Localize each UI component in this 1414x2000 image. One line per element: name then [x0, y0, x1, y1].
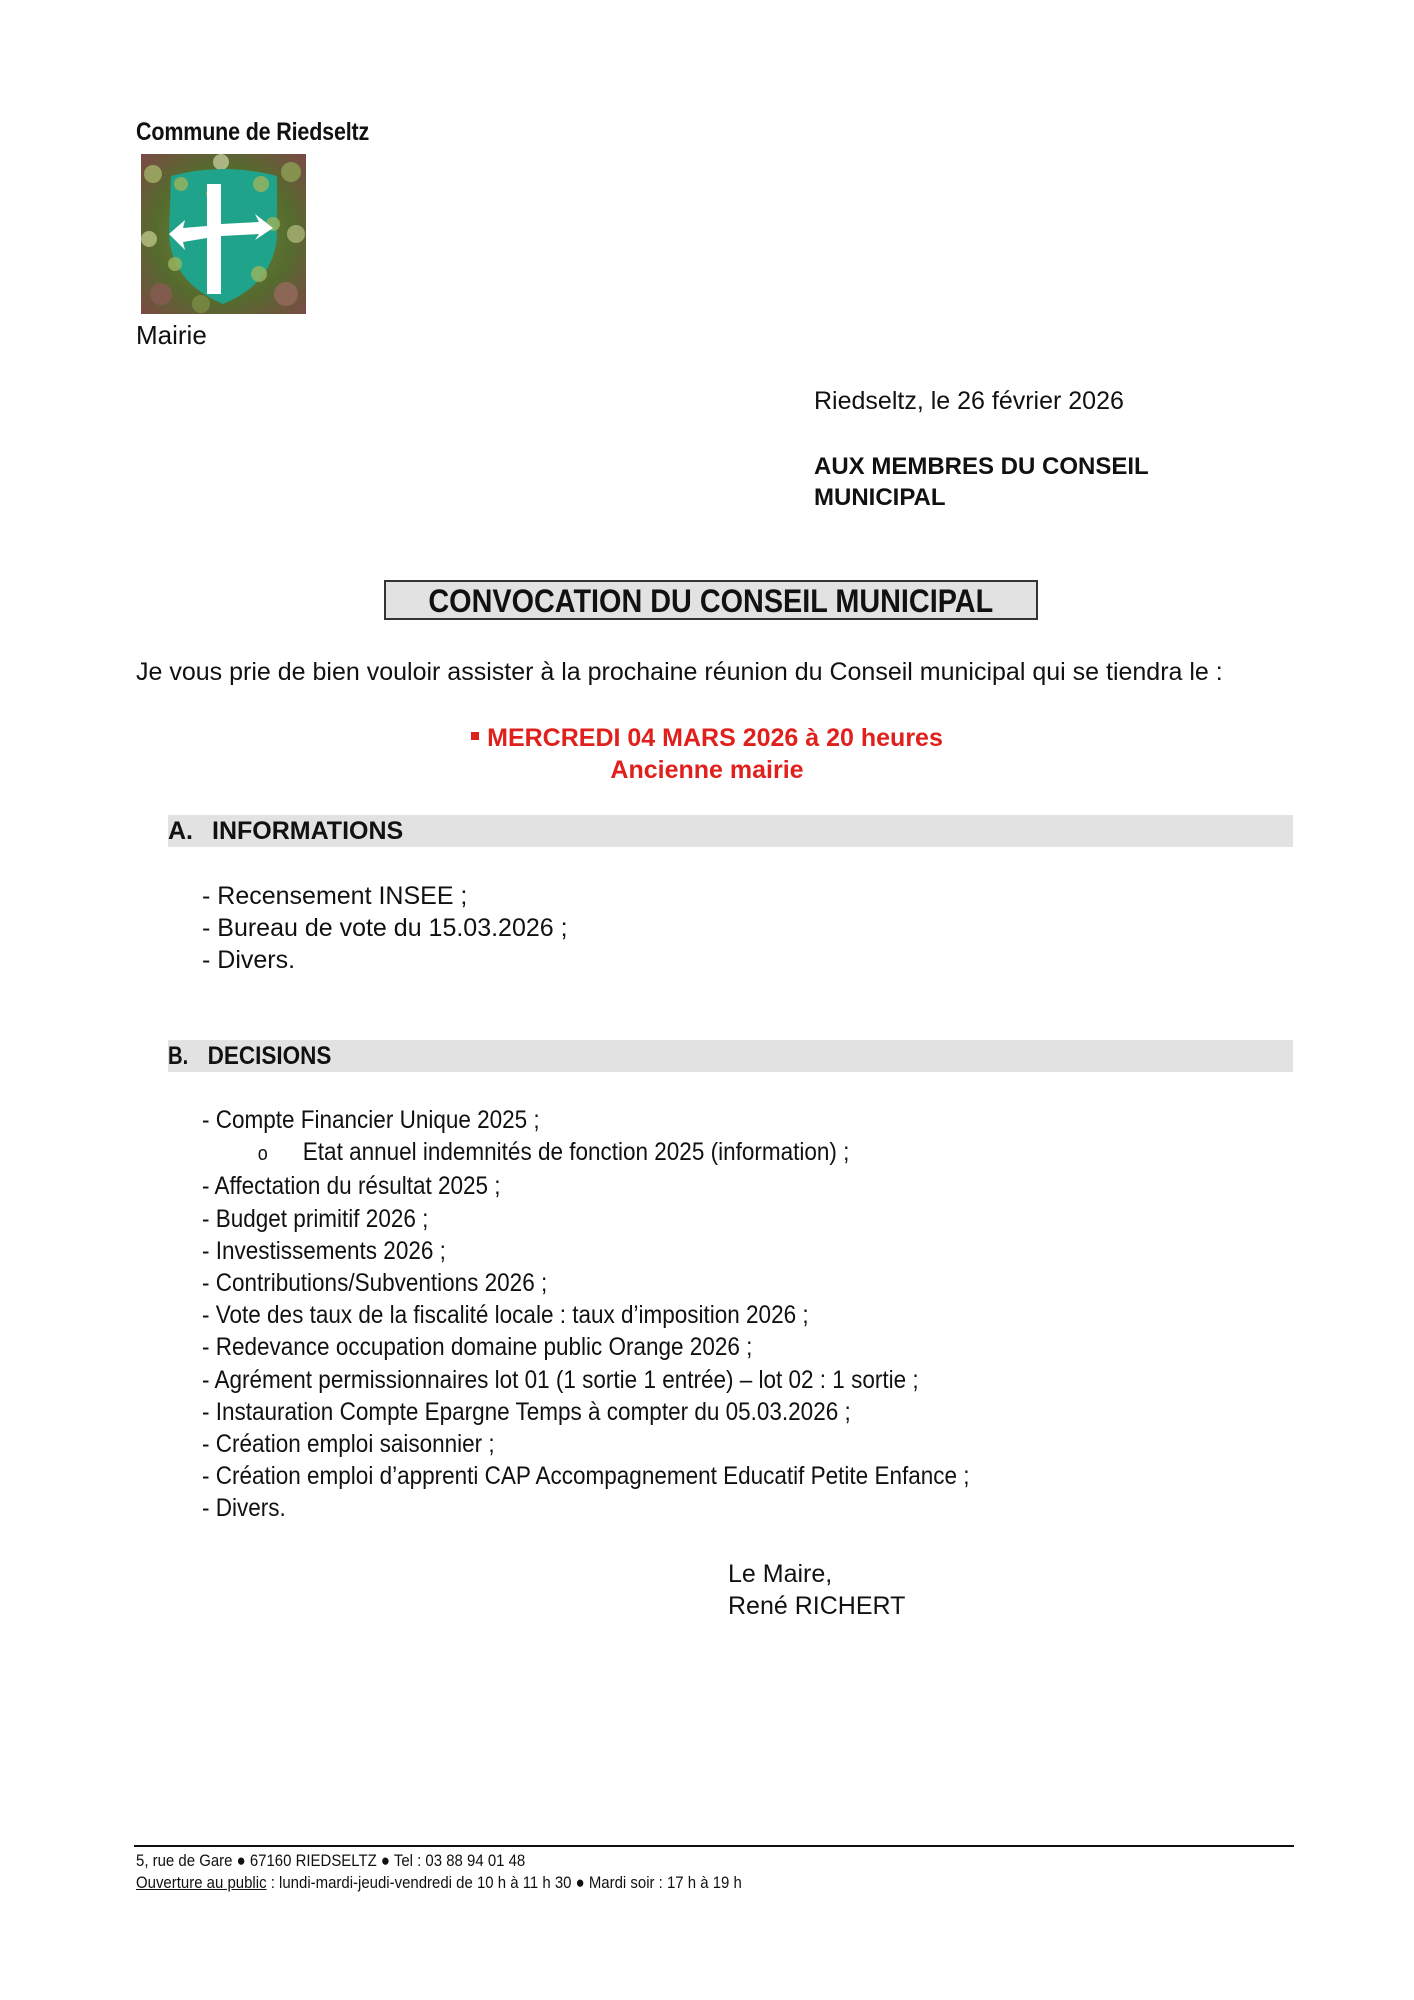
section-heading-decisions: B.DECISIONS: [168, 1040, 1293, 1072]
section-title: DECISIONS: [208, 1042, 332, 1070]
list-item: - Création emploi d’apprenti CAP Accompa…: [202, 1460, 970, 1492]
section-title: INFORMATIONS: [212, 817, 403, 845]
footer-hours-text: : lundi-mardi-jeudi-vendredi de 10 h à 1…: [267, 1873, 742, 1892]
meeting-place: Ancienne mairie: [0, 754, 1414, 786]
list-item: - Contributions/Subventions 2026 ;: [202, 1267, 970, 1299]
informations-list: - Recensement INSEE ; - Bureau de vote d…: [202, 880, 568, 977]
list-item: - Vote des taux de la fiscalité locale :…: [202, 1299, 970, 1331]
list-item: - Investissements 2026 ;: [202, 1235, 970, 1267]
section-heading-text: B.DECISIONS: [168, 1042, 331, 1070]
meeting-details: MERCREDI 04 MARS 2026 à 20 heures Ancien…: [0, 722, 1414, 786]
square-bullet-icon: [471, 732, 479, 740]
footer-hours: Ouverture au public : lundi-mardi-jeudi-…: [136, 1872, 742, 1894]
recipients-line-2: MUNICIPAL: [814, 482, 1214, 513]
section-heading-text: A.INFORMATIONS: [168, 817, 403, 845]
section-heading-informations: A.INFORMATIONS: [168, 815, 1293, 847]
sub-list-item: oEtat annuel indemnités de fonction 2025…: [202, 1136, 970, 1170]
meeting-datetime: MERCREDI 04 MARS 2026 à 20 heures: [487, 724, 943, 752]
footer-hours-label: Ouverture au public: [136, 1873, 267, 1892]
intro-text: Je vous prie de bien vouloir assister à …: [136, 658, 1223, 687]
list-item: - Divers.: [202, 1492, 970, 1524]
commune-name: Commune de Riedseltz: [136, 118, 369, 147]
place-date: Riedseltz, le 26 février 2026: [814, 387, 1124, 416]
document-title: CONVOCATION DU CONSEIL MUNICIPAL: [429, 582, 994, 620]
decisions-list: - Compte Financier Unique 2025 ; oEtat a…: [202, 1104, 1055, 1525]
circle-bullet-icon: o: [258, 1138, 303, 1170]
list-item: - Divers.: [202, 944, 568, 976]
list-item: - Budget primitif 2026 ;: [202, 1203, 970, 1235]
signature-name: René RICHERT: [728, 1590, 905, 1622]
sub-list-item-text: Etat annuel indemnités de fonction 2025 …: [303, 1138, 850, 1166]
signature-role: Le Maire,: [728, 1558, 905, 1590]
list-item: - Bureau de vote du 15.03.2026 ;: [202, 912, 568, 944]
recipients-line-1: AUX MEMBRES DU CONSEIL: [814, 451, 1214, 482]
list-item: - Redevance occupation domaine public Or…: [202, 1331, 970, 1363]
section-letter: B.: [168, 1042, 204, 1070]
list-item: - Compte Financier Unique 2025 ;: [202, 1104, 970, 1136]
coat-of-arms-logo-icon: [141, 154, 306, 314]
signature-block: Le Maire, René RICHERT: [728, 1558, 905, 1622]
meeting-datetime-line: MERCREDI 04 MARS 2026 à 20 heures: [0, 722, 1414, 754]
footer: 5, rue de Gare ● 67160 RIEDSELTZ ● Tel :…: [136, 1850, 742, 1894]
footer-address: 5, rue de Gare ● 67160 RIEDSELTZ ● Tel :…: [136, 1850, 742, 1872]
list-item: - Agrément permissionnaires lot 01 (1 so…: [202, 1364, 970, 1396]
list-item: - Affectation du résultat 2025 ;: [202, 1170, 970, 1202]
list-item: - Instauration Compte Epargne Temps à co…: [202, 1396, 970, 1428]
section-letter: A.: [168, 817, 212, 845]
document-title-box: CONVOCATION DU CONSEIL MUNICIPAL: [384, 580, 1038, 620]
list-item: - Recensement INSEE ;: [202, 880, 568, 912]
footer-divider: [134, 1845, 1294, 1847]
office-label: Mairie: [136, 320, 207, 351]
list-item: - Création emploi saisonnier ;: [202, 1428, 970, 1460]
recipients: AUX MEMBRES DU CONSEIL MUNICIPAL: [814, 451, 1214, 513]
